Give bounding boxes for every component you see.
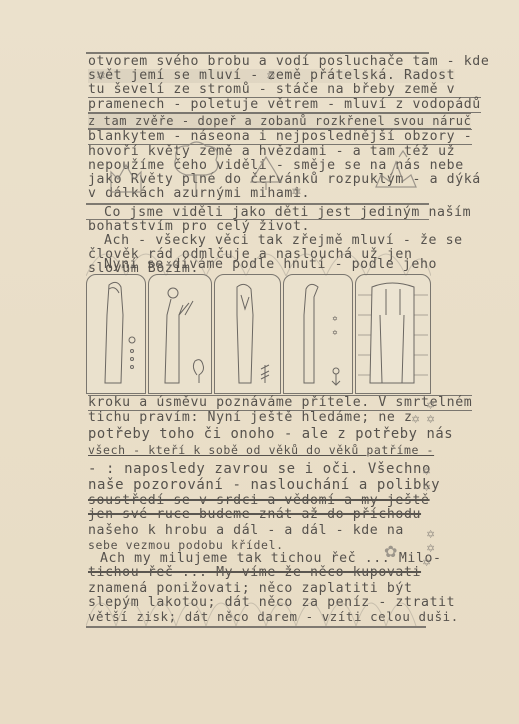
text-line: naše pozorování - naslouchání a polibky xyxy=(88,478,440,492)
tree-drawing-icon xyxy=(371,147,421,197)
figure-panel-1 xyxy=(86,274,146,394)
tree-drawing-icon xyxy=(246,152,286,192)
text-line: jen své ruce budeme znát až do příchodu xyxy=(88,508,421,522)
figure-panel-4: ✡ ✡ xyxy=(283,274,353,394)
figure-panel-3 xyxy=(214,274,282,394)
text-line: tichou řeč ... My víme že něco kupovati xyxy=(88,566,421,580)
section-rule xyxy=(86,219,429,220)
praying-figure-drawing xyxy=(149,275,211,393)
text-line: našeho k hrobu a dál - a dál - kde na xyxy=(88,524,404,538)
star-icon: ✡ xyxy=(291,185,302,200)
text-line: potřeby toho či onoho - ale z potřeby ná… xyxy=(88,427,453,441)
star-icon: ✡ xyxy=(426,399,435,412)
figure-panel-strip: ✡ ✡ xyxy=(86,274,431,396)
star-icon: ✡ xyxy=(266,69,276,83)
text-line: Nyní se díváme podle hnutí - podle jeho xyxy=(104,258,437,272)
text-line: tichu pravím: Nyní ještě hledáme; ne z xyxy=(88,411,413,425)
text-line: sebe vezmou podobu křídel. xyxy=(88,538,284,552)
text-line: soustředí se v srdci a vědomí a my ještě xyxy=(88,494,430,508)
embracing-figures-drawing xyxy=(356,275,430,393)
paper-sheet: otvorem svého brobu a vodí posluchače ta… xyxy=(0,0,519,724)
gothic-arches-background xyxy=(86,580,431,626)
tree-drawing-icon xyxy=(166,140,226,200)
text-line: Co jsme viděli jako děti jest jediným na… xyxy=(104,206,471,220)
text-line: kroku a úsměvu poznáváme přítele. V smrt… xyxy=(88,395,472,411)
star-icon: ✡ xyxy=(422,481,431,494)
tree-drawing-icon xyxy=(106,157,146,197)
figure-panel-5 xyxy=(355,274,431,394)
text-line: otvorem svého brobu a vodí posluchače ta… xyxy=(88,55,489,69)
star-icon: ✡ xyxy=(422,465,431,478)
bottom-rule xyxy=(86,626,426,628)
star-icon: ✡ xyxy=(411,413,420,426)
text-line: tu ševelí ze stromů - stáče na břeby zem… xyxy=(88,83,455,97)
star-icon: ✡ xyxy=(426,528,435,541)
star-icon: ✡ xyxy=(422,556,431,569)
profile-figure-drawing: ✡ ✡ xyxy=(284,275,352,393)
svg-text:✡: ✡ xyxy=(332,329,338,337)
veiled-figure-drawing xyxy=(87,275,145,393)
flower-icon: ✿ xyxy=(384,542,397,561)
text-line: blankytem - náseona i nejposlednější obz… xyxy=(88,129,472,145)
star-icon: ✡ xyxy=(426,413,435,426)
star-icon: ✡ xyxy=(96,69,106,83)
long-haired-figure-drawing xyxy=(215,275,281,393)
figure-panel-2 xyxy=(148,274,212,394)
svg-text:✡: ✡ xyxy=(332,315,338,323)
text-line: všech - kteří k sobě od věků do věků pat… xyxy=(88,443,434,457)
text-line: pramenech - poletuje větrem - mluví z vo… xyxy=(88,97,481,113)
text-line: - : naposledy zavrou se i oči. Všechno xyxy=(88,462,431,476)
text-line: z tam zvěře - dopeř a zobanů rozkřenel s… xyxy=(88,113,471,129)
star-icon: ✡ xyxy=(426,542,435,555)
